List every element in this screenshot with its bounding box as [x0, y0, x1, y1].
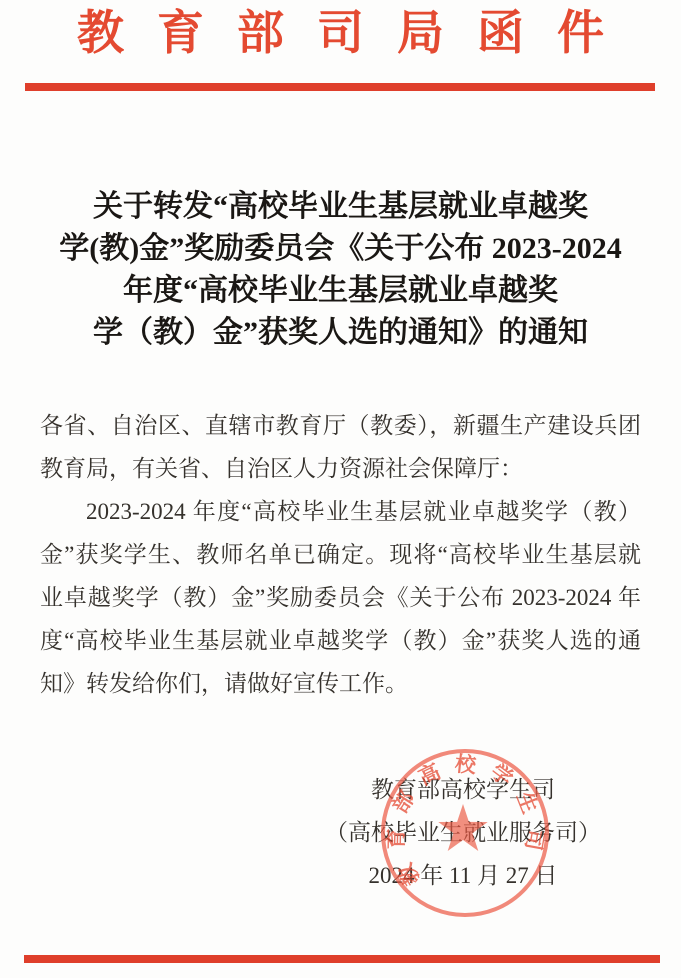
document-page: 教育部司局函件 关于转发“高校毕业生基层就业卓越奖 学(教)金”奖励委员会《关于… — [0, 0, 681, 978]
signature-date: 2024 年 11 月 27 日 — [313, 854, 613, 897]
letterhead-title: 教育部司局函件 — [0, 6, 681, 62]
body-line-3: 2023-2024 年度“高校毕业生基层就业卓越奖学（教） — [40, 490, 641, 533]
letterhead-divider-line — [25, 83, 655, 91]
signature-block: 教育部高校学生司 （高校毕业生就业服务司） 2024 年 11 月 27 日 — [313, 768, 613, 897]
title-line-4: 学（教）金”获奖人选的通知》的通知 — [0, 312, 681, 354]
body-line-5: 业卓越奖学（教）金”奖励委员会《关于公布 2023-2024 年 — [40, 576, 641, 619]
title-line-3: 年度“高校毕业生基层就业卓越奖 — [0, 270, 681, 312]
title-line-2: 学(教)金”奖励委员会《关于公布 2023-2024 — [0, 228, 681, 270]
footer-divider-line — [24, 955, 660, 963]
document-body: 各省、自治区、直辖市教育厅（教委），新疆生产建设兵团 教育局，有关省、自治区人力… — [40, 404, 641, 705]
document-title: 关于转发“高校毕业生基层就业卓越奖 学(教)金”奖励委员会《关于公布 2023-… — [0, 186, 681, 354]
body-line-4: 金”获奖学生、教师名单已确定。现将“高校毕业生基层就 — [40, 533, 641, 576]
body-line-2: 教育局，有关省、自治区人力资源社会保障厅： — [40, 447, 641, 490]
body-line-1: 各省、自治区、直辖市教育厅（教委），新疆生产建设兵团 — [40, 404, 641, 447]
title-line-1: 关于转发“高校毕业生基层就业卓越奖 — [0, 186, 681, 228]
body-line-6: 度“高校毕业生基层就业卓越奖学（教）金”获奖人选的通 — [40, 619, 641, 662]
signature-department: 教育部高校学生司 — [313, 768, 613, 811]
body-line-7: 知》转发给你们，请做好宣传工作。 — [40, 662, 641, 705]
signature-department-alt: （高校毕业生就业服务司） — [313, 811, 613, 854]
